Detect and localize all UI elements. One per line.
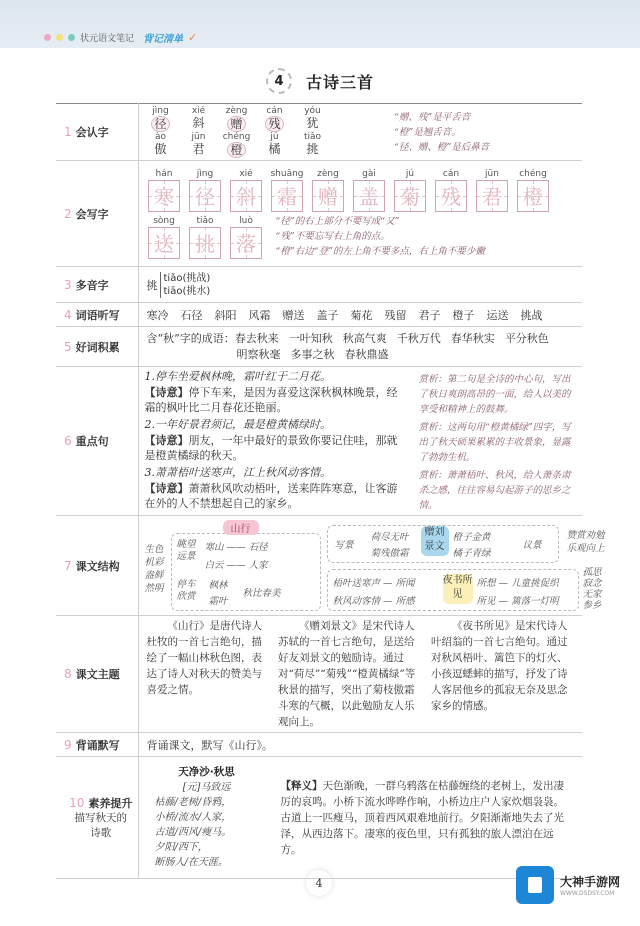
char-with-pinyin: tiǎo挑 <box>299 132 327 158</box>
tian-grid: 橙 <box>517 180 549 212</box>
yellow-dot-icon <box>56 34 63 41</box>
poem-line: 古道/西风/瘦马。 <box>155 825 267 840</box>
section-label: 多音字 <box>76 279 109 292</box>
write-chars-row-1: hán寒jìng径xié斜shuāng霜zèng赠gài盖jú菊cán残jūn君… <box>147 169 575 212</box>
idiom: 多事之秋 <box>291 347 335 363</box>
lesson-number: 4 <box>266 68 292 94</box>
pink-dot-icon <box>44 34 51 41</box>
idiom: 春秋鼎盛 <box>345 347 389 363</box>
appreciation-note: 赏析：萧萧梧叶、秋风，给人萧条肃杀之感，往往容易勾起游子的思乡之情。 <box>419 465 577 513</box>
theme-yeshu: 《夜书所见》是宋代诗人叶绍翁的一首七言绝句。通过对秋风梧叶、篱笆下的灯火、小孩逗… <box>431 618 574 730</box>
dictation-word: 君子 <box>419 307 441 323</box>
cube-bag-icon <box>516 866 554 904</box>
char-with-pinyin: xié斜 <box>185 106 213 132</box>
dictation-word: 寒冷 <box>147 307 169 323</box>
poem-block: 天净沙·秋思 [元]马致远 枯藤/老树/昏鸦，小桥/流水/人家，古道/西风/瘦马… <box>147 765 267 870</box>
section-label: 词语听写 <box>76 309 120 322</box>
dictation-word: 赠送 <box>283 307 305 323</box>
section-label: 课文结构 <box>76 560 120 573</box>
dictation-word: 风霜 <box>249 307 271 323</box>
writing-cell: xié斜 <box>229 169 264 212</box>
key-sentence: 2.一年好景君须记，最是橙黄橘绿时。【诗意】朋友，一年中最好的景致你要记住哇，那… <box>145 417 577 465</box>
section-structure: 7课文结构 生色机彩盎鲜然明 山行 眺望远景 寒山 —— 石径 白云 —— 人家… <box>56 516 582 616</box>
write-chars-row-2: sòng送tiǎo挑luò落 <box>147 216 264 259</box>
writing-cell: chéng橙 <box>516 169 551 212</box>
writing-cell: sòng送 <box>147 216 182 259</box>
writing-cell: shuāng霜 <box>270 169 305 212</box>
char-with-pinyin: yóu犹 <box>299 106 327 132</box>
checkmark-icon: ✓ <box>188 31 197 44</box>
section-key-sentences: 6重点句 1.停车坐爱枫林晚，霜叶红于二月花。【诗意】停下车来，是因为喜爱这深秋… <box>56 367 582 516</box>
section-recite: 9背诵默写 背诵课文，默写《山行》。 <box>56 733 582 757</box>
section-theme: 8课文主题 《山行》是唐代诗人杜牧的一首七言绝句，描绘了一幅山林秋色图，表达了诗… <box>56 616 582 733</box>
section-write: 2会写字 hán寒jìng径xié斜shuāng霜zèng赠gài盖jú菊cán… <box>56 161 582 267</box>
dictation-word: 盖子 <box>317 307 339 323</box>
section-label: 会写字 <box>76 208 109 221</box>
dictation-word: 菊花 <box>351 307 373 323</box>
char-with-pinyin: jūn君 <box>185 132 213 158</box>
brand-tag: 背记清单 <box>143 30 183 45</box>
poem-line: 夕阳/西下， <box>155 840 267 855</box>
dictation-word: 橙子 <box>453 307 475 323</box>
lesson-header: 4 古诗三首 <box>0 68 640 94</box>
tian-grid: 残 <box>435 180 467 212</box>
tian-grid: 寒 <box>148 180 180 212</box>
tian-grid: 赠 <box>312 180 344 212</box>
tian-grid: 菊 <box>394 180 426 212</box>
appreciation-note: 赏析：第二句是全诗的中心句，写出了秋日爽朗高昂的一面，给人以美的享受和精神上的鼓… <box>419 369 577 417</box>
poem-line: 枯藤/老树/昏鸦， <box>155 795 267 810</box>
structure-diagram: 生色机彩盎鲜然明 山行 眺望远景 寒山 —— 石径 白云 —— 人家 停车欣赏 … <box>143 519 579 613</box>
section-polyphone: 3多音字 挑 tiǎo(挑战) tiāo(挑水) <box>56 267 582 303</box>
section-label: 背诵默写 <box>76 739 120 752</box>
tian-grid: 君 <box>476 180 508 212</box>
section-enrichment: 10素养提升 描写秋天的诗歌 天净沙·秋思 [元]马致远 枯藤/老树/昏鸦，小桥… <box>56 757 582 879</box>
idiom: 千秋万代 <box>397 331 441 347</box>
recognize-chars: jìng径xié斜zèng赠cán残yóu犹 ào傲jūn君chéng橙jú橘t… <box>147 106 327 158</box>
tian-grid: 送 <box>148 227 180 259</box>
writing-cell: cán残 <box>434 169 469 212</box>
char-with-pinyin: zèng赠 <box>223 106 251 132</box>
writing-cell: tiǎo挑 <box>188 216 223 259</box>
section-recognize: 1会认字 jìng径xié斜zèng赠cán残yóu犹 ào傲jūn君chéng… <box>56 104 582 161</box>
lesson-title: 古诗三首 <box>306 70 374 93</box>
idiom: 春华秋实 <box>451 331 495 347</box>
watermark: 大神手游网 WWW.DSDSY.COM <box>516 866 620 904</box>
tian-grid: 径 <box>189 180 221 212</box>
tian-grid: 斜 <box>230 180 262 212</box>
page-number: 4 <box>306 870 332 896</box>
theme-zeng: 《赠刘景文》是宋代诗人苏轼的一首七言绝句，是送给好友刘景文的勉励诗。通过对“荷尽… <box>278 618 421 730</box>
brand-name: 状元语文笔记 <box>80 31 134 44</box>
write-notes: “径”的右上部分不要写成“又” “残”不要忘写右上角的点。 “橙”右边“登”的左… <box>276 214 485 259</box>
poem-title-zeng: 赠刘景文 <box>421 526 449 556</box>
dictation-word: 挑战 <box>521 307 543 323</box>
section-dictation: 4词语听写 寒冷石径斜阳风霜赠送盖子菊花残留君子橙子运送挑战 <box>56 303 582 327</box>
section-label: 重点句 <box>76 435 109 448</box>
dictation-word: 石径 <box>181 307 203 323</box>
writing-cell: luò落 <box>229 216 264 259</box>
poem-title-yeshu: 夜书所见 <box>443 574 473 604</box>
idiom: 秋高气爽 <box>343 331 387 347</box>
poem-title-shanxing: 山行 <box>223 520 259 535</box>
tian-grid: 盖 <box>353 180 385 212</box>
poem-line: 小桥/流水/人家， <box>155 810 267 825</box>
section-label: 好词积累 <box>76 341 120 354</box>
idiom: 一叶知秋 <box>289 331 333 347</box>
dictation-words: 寒冷石径斜阳风霜赠送盖子菊花残留君子橙子运送挑战 <box>147 307 575 323</box>
key-sentence: 1.停车坐爱枫林晚，霜叶红于二月花。【诗意】停下车来，是因为喜爱这深秋枫林晚景，… <box>145 369 577 417</box>
poem-line: 断肠人/在天涯。 <box>155 855 267 870</box>
theme-shanxing: 《山行》是唐代诗人杜牧的一首七言绝句，描绘了一幅山林秋色图，表达了诗人对秋天的赞… <box>147 618 269 730</box>
poem-meaning: 【释义】天色渐晚，一群乌鸦落在枯藤缠绕的老树上，发出凄厉的哀鸣。小桥下流水哗哗作… <box>281 778 575 858</box>
writing-cell: jūn君 <box>475 169 510 212</box>
key-sentence: 3.萧萧梧叶送寒声，江上秋风动客情。【诗意】萧萧秋风吹动梧叶，送来阵阵寒意，让客… <box>145 465 577 513</box>
writing-cell: jú菊 <box>393 169 428 212</box>
tian-grid: 落 <box>230 227 262 259</box>
writing-cell: hán寒 <box>147 169 182 212</box>
writing-cell: gài盖 <box>352 169 387 212</box>
char-with-pinyin: jìng径 <box>147 106 175 132</box>
appreciation-note: 赏析：这两句用“橙黄橘绿”四字，写出了秋天硕果累累的丰收景象，显露了勃勃生机。 <box>419 417 577 465</box>
tian-grid: 挑 <box>189 227 221 259</box>
idiom: 明察秋毫 <box>237 347 281 363</box>
tian-grid: 霜 <box>271 180 303 212</box>
writing-cell: zèng赠 <box>311 169 346 212</box>
writing-cell: jìng径 <box>188 169 223 212</box>
idiom: 春去秋来 <box>235 331 279 347</box>
brand-header: 状元语文笔记 背记清单 ✓ <box>44 30 197 45</box>
study-table: 1会认字 jìng径xié斜zèng赠cán残yóu犹 ào傲jūn君chéng… <box>56 103 582 879</box>
char-with-pinyin: jú橘 <box>261 132 289 158</box>
polyphone-char: 挑 <box>147 277 158 293</box>
section-good-words: 5好词积累 含“秋”字的成语：春去秋来一叶知秋秋高气爽千秋万代春华秋实平分秋色 … <box>56 327 582 367</box>
dictation-word: 运送 <box>487 307 509 323</box>
char-with-pinyin: cán残 <box>261 106 289 132</box>
idiom: 平分秋色 <box>505 331 549 347</box>
section-label: 课文主题 <box>76 668 120 681</box>
char-with-pinyin: chéng橙 <box>223 132 251 158</box>
dictation-word: 残留 <box>385 307 407 323</box>
recognize-notes: “赠、残”是平舌音 “橙”是翘舌音。 “径、赠、橙”是后鼻音 <box>394 110 574 155</box>
teal-dot-icon <box>68 34 75 41</box>
dictation-word: 斜阳 <box>215 307 237 323</box>
char-with-pinyin: ào傲 <box>147 132 175 158</box>
section-label: 会认字 <box>76 126 109 139</box>
